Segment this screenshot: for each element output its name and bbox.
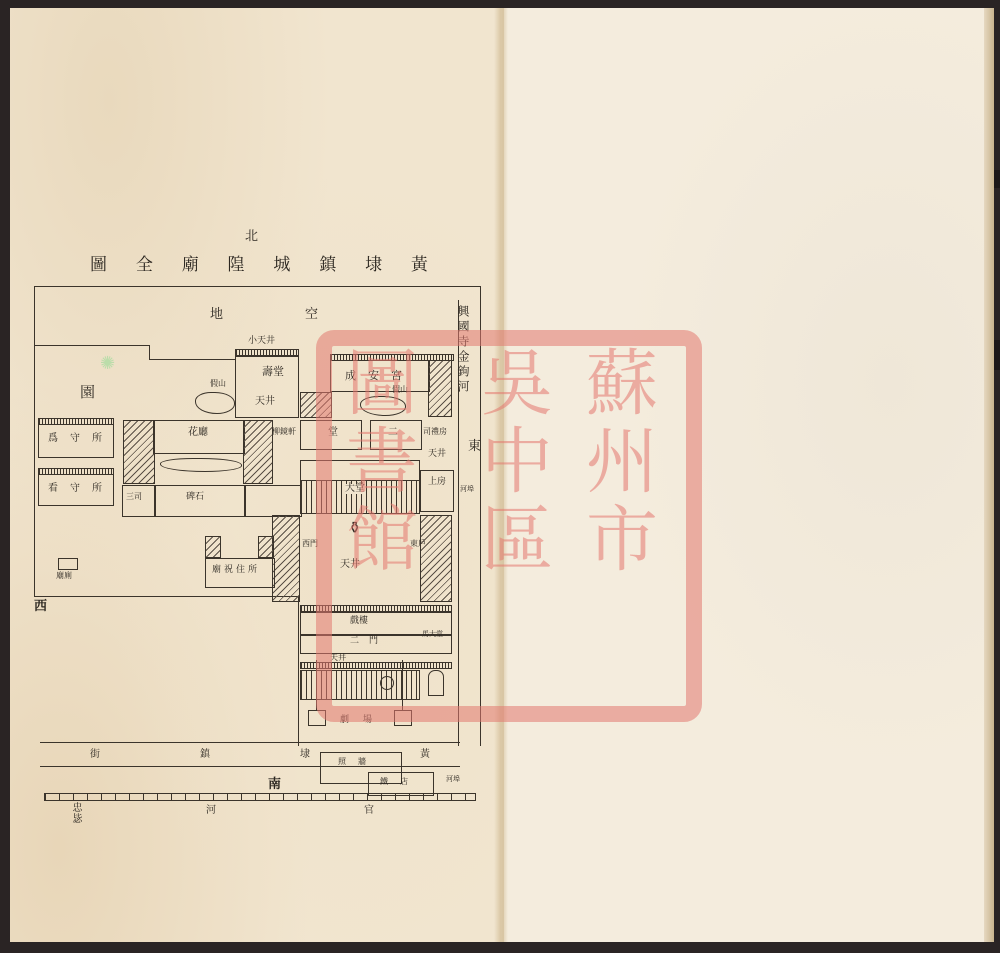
page-edge xyxy=(984,8,994,942)
garden-wall xyxy=(149,345,150,359)
title-char: 黃 xyxy=(411,250,430,275)
hatched-wall xyxy=(243,420,273,484)
label-tablet-room: 碑石 xyxy=(186,493,204,502)
title-char: 全 xyxy=(136,250,155,275)
label-tea-room: 柳鏡軒 xyxy=(272,428,296,436)
label-river: 官 xyxy=(364,806,374,816)
map-title: 圖 全 廟 隍 城 鎮 埭 黃 xyxy=(90,250,430,275)
label-street: 埭 xyxy=(300,750,310,760)
label-river: 河 xyxy=(206,806,216,816)
garden-wall xyxy=(34,345,149,346)
label-small-courtyard: 小天井 xyxy=(248,337,275,346)
building-three-office xyxy=(122,485,156,517)
label-guard-house: 看守所 xyxy=(48,484,114,494)
label-empty-land: 空 xyxy=(305,308,318,321)
hatched-wall xyxy=(258,536,274,558)
boundary-line xyxy=(34,596,298,597)
rockery-icon xyxy=(195,392,235,414)
title-char: 鎮 xyxy=(319,250,338,275)
hatched-wall xyxy=(205,536,221,558)
label-rockery: 假山 xyxy=(210,380,226,388)
compass-north: 北 xyxy=(245,230,258,243)
label-screen-wall: 照牆 xyxy=(338,758,378,766)
label-shou-hall: 壽堂 xyxy=(262,366,284,377)
title-char: 廟 xyxy=(182,250,201,275)
title-char: 城 xyxy=(273,250,292,275)
seal-column-2: 吳中區 xyxy=(475,345,547,579)
title-char: 埭 xyxy=(365,250,384,275)
label-three-office: 三司 xyxy=(126,493,142,501)
label-temple-residence: 廟祝住所 xyxy=(212,566,260,575)
edge-tab xyxy=(994,170,1000,188)
label-bridge: 忠毖 xyxy=(68,802,83,824)
seal-column-3: 圖書館 xyxy=(340,345,412,579)
label-empty-land: 地 xyxy=(210,308,223,321)
label-courtyard: 天井 xyxy=(255,397,275,407)
label-flower-hall: 花廳 xyxy=(188,428,208,438)
compass-south: 南 xyxy=(268,778,281,791)
title-char: 圖 xyxy=(90,250,109,275)
label-street: 黃 xyxy=(420,750,430,760)
hatched-wall xyxy=(123,420,155,484)
title-char: 隍 xyxy=(228,250,247,275)
roof xyxy=(235,349,299,356)
label-street: 街 xyxy=(90,750,100,760)
label-street: 鎮 xyxy=(200,750,210,760)
street-line xyxy=(40,742,460,743)
garden-wall xyxy=(149,359,235,360)
edge-tab xyxy=(994,340,1000,370)
label-river-steps: 河埠 xyxy=(446,776,460,783)
river-embankment xyxy=(44,793,476,801)
building-toilet xyxy=(58,558,78,570)
label-iron-shop: 鐵店 xyxy=(380,778,420,786)
building-gate xyxy=(244,485,302,517)
west-wall xyxy=(298,596,299,746)
compass-west: 西 xyxy=(34,600,47,613)
seal-column-1: 蘇州市 xyxy=(580,345,652,579)
label-toilet: 廟廁 xyxy=(56,572,72,580)
hatched-wall xyxy=(272,515,300,602)
tree-icon: ✺ xyxy=(100,355,115,373)
label-garden: 園 xyxy=(80,385,95,400)
label-guard-house: 爲守所 xyxy=(48,434,114,444)
